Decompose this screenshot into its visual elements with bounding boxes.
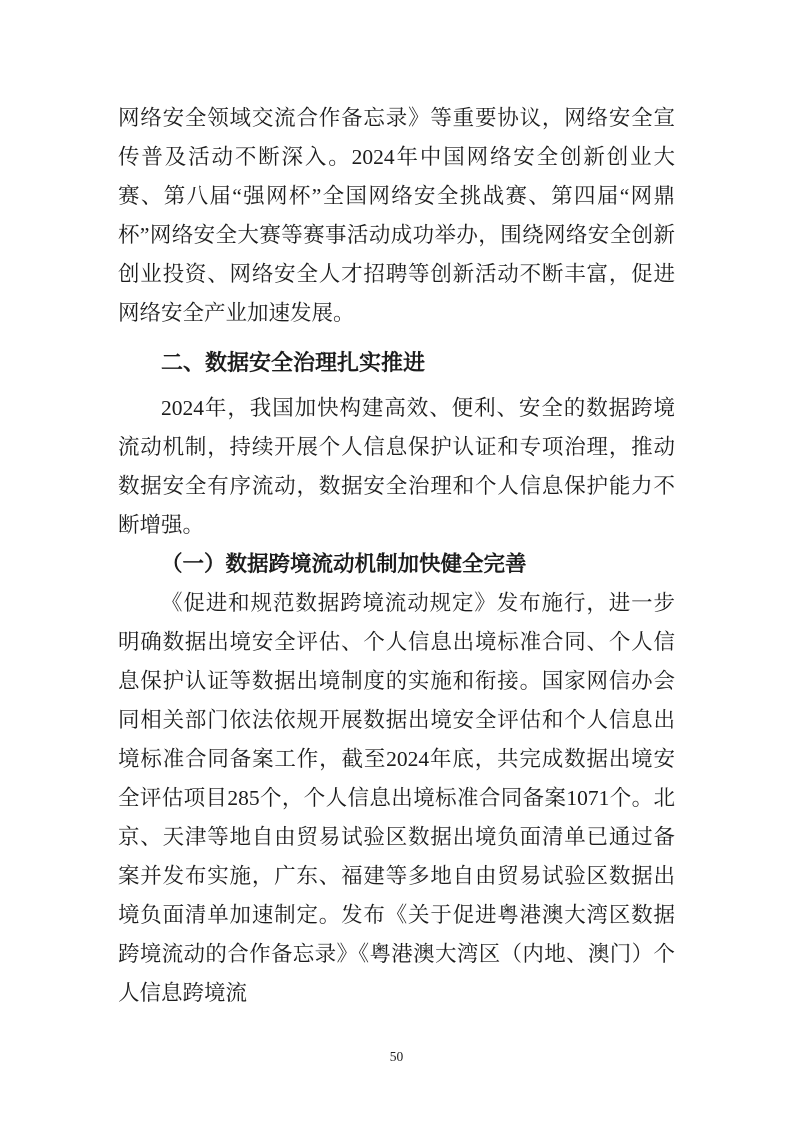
page-footer: 50 [0,1048,793,1066]
subsection-heading: （一）数据跨境流动机制加快健全完善 [118,545,675,584]
document-page: 网络安全领域交流合作备忘录》等重要协议，网络安全宣传普及活动不断深入。2024年… [0,0,793,1122]
page-number: 50 [390,1049,404,1064]
subsection-body-paragraph: 《促进和规范数据跨境流动规定》发布施行，进一步明确数据出境安全评估、个人信息出境… [118,584,675,1013]
section-intro-paragraph: 2024年，我国加快构建高效、便利、安全的数据跨境流动机制，持续开展个人信息保护… [118,389,675,545]
paragraph-continuation: 网络安全领域交流合作备忘录》等重要协议，网络安全宣传普及活动不断深入。2024年… [118,99,675,333]
section-heading: 二、数据安全治理扎实推进 [118,343,675,382]
document-body: 网络安全领域交流合作备忘录》等重要协议，网络安全宣传普及活动不断深入。2024年… [118,99,675,1013]
